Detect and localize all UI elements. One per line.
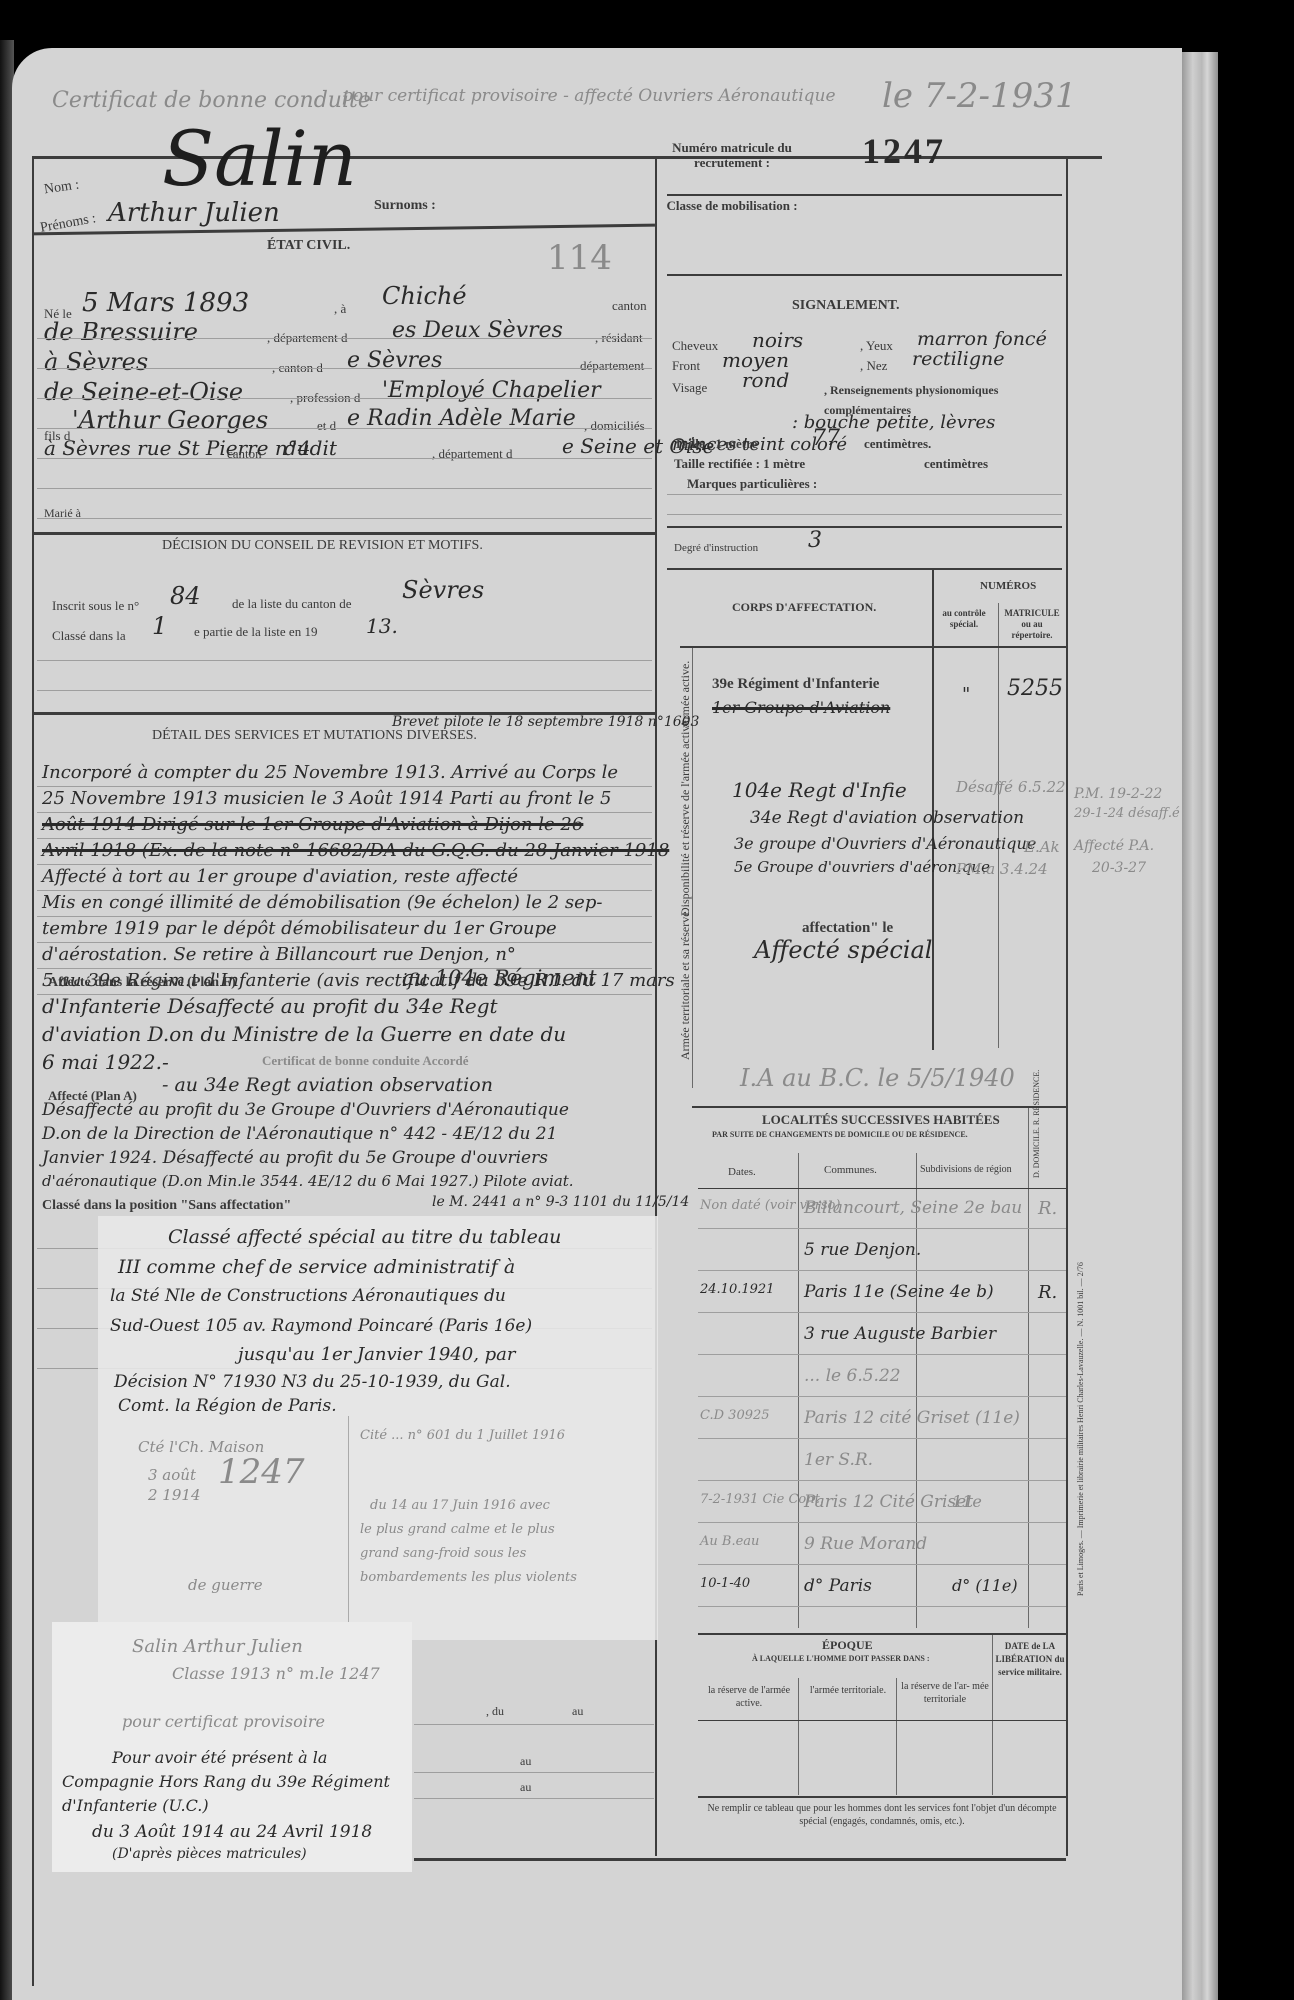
localite-dr: R. [1038,1198,1057,1219]
top-annotation-date: le 7-2-1931 [882,76,1077,116]
col-dates: Dates. [728,1166,756,1178]
service-line: 25 Novembre 1913 musicien le 3 Août 1914… [42,788,611,809]
slip-line-1: Classé affecté spécial au titre du table… [168,1226,561,1248]
disponibilite-controle-4: PM.a 3.4.24 [956,860,1048,878]
matricule-value: 1247 [862,130,946,172]
armee-active-controle: " [962,684,970,705]
profession-value: 'Employé Chapelier [382,378,601,403]
reserve-label: Affecté dans la réserve (Plan F) [48,975,236,991]
faint-line-6: du 14 au 17 Juin 1916 avec [370,1498,550,1513]
right-note-3: 29-1-24 désaff.é [1074,806,1180,821]
service-line: tembre 1919 par le dépôt démobilisateur … [42,918,557,939]
localite-commune: Billancourt, Seine 2e bau [804,1198,1022,1218]
service-line: Mis en congé illimité de démobilisation … [42,892,602,913]
col-controle: au contrôle spécial. [938,608,990,630]
ia-note: I.A au B.C. le 5/5/1940 [740,1064,1015,1092]
frame-left [32,156,34,1986]
yeux-value: marron foncé [917,328,1047,350]
localite-date: Au B.eau [700,1534,759,1549]
plan-a-line-1: - au 34e Regt aviation observation [162,1074,493,1096]
col-communes: Communes. [824,1164,877,1176]
matricule-label: Numéro matricule du recrutement : [662,140,802,170]
faint-line-2: 3 août [148,1466,196,1484]
localite-subdivision: d° (11e) [952,1576,1018,1595]
corps-title: CORPS D'AFFECTATION. [732,600,876,615]
liste-value: Sèvres [402,576,484,604]
armee-active-entry-2: 1er Groupe d'Aviation [712,698,890,717]
pasted-slip: Classé affecté spécial au titre du table… [98,1216,658,1640]
a-label: , à [334,301,346,317]
plan-a-line-5: d'aéronautique (D.on Min.le 3544. 4E/12 … [42,1172,574,1190]
localite-commune: 1er S.R. [804,1450,873,1470]
armee-active-entry-1: 39e Régiment d'Infanterie [712,676,879,693]
card-line-2: Compagnie Hors Rang du 39e Régiment [62,1772,390,1791]
localite-subdivision: 11e [952,1492,982,1511]
card-name: Salin Arthur Julien [132,1636,303,1657]
reserve-line-2: d'Infanterie Désaffecté au profit du 34e… [42,994,498,1018]
card-line-5: (D'après pièces matricules) [112,1846,307,1862]
service-line: Incorporé à compter du 25 Novembre 1913.… [42,762,618,783]
inscrit-value: 84 [170,582,201,610]
front-label: Front [672,358,700,374]
right-note-2: P.M. 19-2-22 [1074,786,1162,802]
liste-label: de la liste du canton de [232,596,352,612]
cheveux-label: Cheveux [672,338,718,354]
yeux-label: , Yeux [860,338,893,354]
localite-commune: ... le 6.5.22 [804,1366,901,1386]
top-annotation-left: Certificat de bonne conduite [52,88,371,113]
localites-title: LOCALITÉS SUCCESSIVES HABITÉES [762,1112,1000,1128]
surname: Salin [162,114,357,203]
classe-value: 1 [152,612,167,640]
canton3-value: dudit [284,436,337,460]
taille-value: 77 [812,426,840,451]
partie-year: 13. [366,614,398,638]
service-line: Août 1914 Dirigé sur le 1er Groupe d'Avi… [42,814,583,835]
card-line-3: d'Infanterie (U.C.) [62,1796,209,1815]
localite-commune: Paris 12 cité Griset (11e) [804,1408,1020,1428]
nom-label: Nom : [43,178,80,199]
du-label: , du [486,1704,504,1719]
service-line: Affecté à tort au 1er groupe d'aviation,… [42,866,518,887]
epoque-subtitle: À LAQUELLE L'HOMME DOIT PASSER DANS : [752,1654,930,1663]
departement-value: es Deux Sèvres [392,318,563,343]
frame-right [1066,156,1068,1856]
pere-value: 'Arthur Georges [72,406,268,434]
col-dr: D. DOMICILE. R. RÉSIDENCE. [1032,1070,1041,1178]
visage-value: rond [742,368,789,392]
disponibilite-controle-3: E.Ak [1024,838,1060,856]
faint-line-5: Cité ... n° 601 du 1 Juillet 1916 [360,1428,565,1443]
localite-commune: 5 rue Denjon. [804,1240,921,1260]
service-line: Avril 1918 (Ex. de la note n° 16682/DA d… [42,840,669,861]
classe-label: Classe de mobilisation : [662,198,802,213]
taille-rectifiee-label: Taille rectifiée : 1 mètre [674,456,805,472]
right-note-5: Affecté P.A. [1074,838,1154,854]
slip-line-2: III comme chef de service administratif … [118,1256,515,1278]
localite-date: 10-1-40 [700,1576,750,1591]
centimetres2-label: centimètres [924,456,988,472]
degre-label: Degré d'instruction [674,542,758,554]
taille-label: Taille : 1 mètre [674,436,757,452]
faint-line-7: le plus grand calme et le plus [360,1522,555,1537]
prenoms-value: Arthur Julien [108,198,280,228]
canton2-value: e Sèvres [347,348,442,373]
departement2-label: département [580,358,644,374]
degre-value: 3 [808,528,822,553]
departement2-value: de Seine-et-Oise [44,378,243,406]
au-label-1: au [572,1704,583,1719]
faint-line-3: 2 1914 [148,1486,201,1504]
canton-label: canton [612,298,647,314]
reserve-line-4: 6 mai 1922.- [42,1050,169,1074]
faint-line-10: de guerre [188,1576,263,1594]
faint-line-4: 1247 [218,1452,305,1492]
localite-commune: 3 rue Auguste Barbier [804,1324,996,1344]
partie-label: e partie de la liste en 19 [194,624,317,640]
armee-active-matricule: 5255 [1007,676,1063,701]
mere-label: et d [317,418,336,434]
reserve-line-1: au 104e Régiment [402,966,597,990]
sans-affectation-value: le M. 2441 a n° 9-3 1101 du 11/5/14 [432,1194,689,1210]
localite-commune: Paris 11e (Seine 4e b) [804,1282,994,1302]
revision-title: DÉCISION DU CONSEIL DE REVISION ET MOTIF… [162,538,483,554]
au-label-2: au [520,1754,531,1769]
localite-date: C.D 30925 [700,1408,770,1423]
disponibilite-label: Disponibilité et réserve de l'armée acti… [678,717,693,916]
numeros-title: NUMÉROS [980,580,1036,592]
military-register-page: Certificat de bonne conduite pour certif… [12,48,1182,2000]
disponibilite-controle-1: Désaffé 6.5.22 [956,778,1066,796]
etat-civil-divider [32,532,655,535]
localite-commune: Paris 12 Cité Griset [804,1492,973,1512]
territoriale-value: Affecté spécial [754,936,932,964]
canton-value: de Bressuire [44,318,198,346]
provisional-certificate-card: Salin Arthur Julien Classe 1913 n° m.le … [52,1622,412,1872]
localite-dr: R. [1038,1282,1057,1303]
signalement-divider [667,526,1062,528]
services-title-annotation: Brevet pilote le 18 septembre 1918 n°160… [392,714,699,730]
page-edge [1182,52,1218,2000]
plan-a-line-3: D.on de la Direction de l'Aéronautique n… [42,1124,557,1144]
canton3-label: canton [227,446,262,462]
localite-commune: 9 Rue Morand [804,1534,927,1554]
departement3-label: , département d [432,446,513,462]
surnoms-label: Surnoms : [374,198,436,214]
signalement-title: SIGNALEMENT. [792,298,899,314]
nez-value: rectiligne [912,348,1004,370]
certificat-stamp: Certificat de bonne conduite Accordé [262,1053,469,1069]
territoriale-label: Armée territoriale et sa réserve. [678,908,693,1060]
faint-line-8: grand sang-froid sous les [360,1546,526,1561]
ne-le-value: 5 Mars 1893 [82,288,249,318]
classe-dans-label: Classé dans la [52,628,126,644]
localite-commune: d° Paris [804,1576,872,1596]
printer-imprint: Paris et Limoges. — Imprimerie et librai… [1076,1262,1085,1596]
disponibilite-entry-4: 5e Groupe d'ouvriers d'aéron.que [734,858,990,876]
col-matricule: MATRICULE ou au répertoire. [1002,608,1062,641]
right-note-6: 20-3-27 [1092,860,1146,876]
slip-line-5: jusqu'au 1er Janvier 1940, par [238,1344,516,1365]
slip-line-6: Décision N° 71930 N3 du 25-10-1939, du G… [114,1372,511,1392]
epoque-col3: la réserve de l'ar- mée territoriale [900,1680,990,1706]
au-label-3: au [520,1780,531,1795]
top-annotation-middle: pour certificat provisoire - affecté Ouv… [342,86,836,106]
disponibilite-entry-2: 34e Regt d'aviation observation [750,808,1024,828]
localite-date: 24.10.1921 [700,1282,774,1297]
card-classe: Classe 1913 n° m.le 1247 [172,1664,380,1683]
matricule-divider [667,194,1062,196]
reserve-line-3: d'aviation D.on du Ministre de la Guerre… [42,1022,566,1046]
card-title: pour certificat provisoire [122,1712,325,1731]
visage-label: Visage [672,380,707,396]
card-line-1: Pour avoir été présent à la [112,1748,327,1767]
domicilies-label: , domiciliés [584,418,645,434]
sans-affectation-label: Classé dans la position "Sans affectatio… [42,1198,291,1214]
disponibilite-entry-3: 3e groupe d'Ouvriers d'Aéronautique [734,834,1036,853]
a-value: Chiché [382,282,467,310]
residant-value: à Sèvres [44,348,148,376]
slip-line-3: la Sté Nle de Constructions Aéronautique… [110,1286,506,1306]
marques-label: Marques particulières : [687,476,817,492]
slip-line-7: Comt. la Région de Paris. [118,1396,337,1416]
services-title: DÉTAIL DES SERVICES ET MUTATIONS DIVERSE… [152,728,477,744]
plan-a-line-2: Désaffecté au profit du 3e Groupe d'Ouvr… [42,1100,569,1120]
domicile-value: à Sèvres rue St Pierre n°4 [44,436,310,460]
degre-divider [667,568,1062,570]
service-line: d'aérostation. Se retire à Billancourt r… [42,944,516,965]
epoque-title: ÉPOQUE [822,1638,873,1653]
epoque-col1: la réserve de l'armée active. [702,1684,796,1710]
localites-subtitle: PAR SUITE DE CHANGEMENTS DE DOMICILE OU … [712,1130,968,1139]
card-line-4: du 3 Août 1914 au 24 Avril 1918 [92,1822,372,1842]
etat-civil-title: ÉTAT CIVIL. [267,238,350,254]
nez-label: , Nez [860,358,887,374]
centimetres-label: centimètres. [864,436,931,452]
epoque-note: Ne remplir ce tableau que pour les homme… [702,1802,1062,1828]
col-subdivisions: Subdivisions de région [920,1164,1012,1175]
disponibilite-entry-1: 104e Regt d'Infie [732,778,907,802]
date-liberation-title: DATE de LA LIBÉRATION du service militai… [994,1640,1066,1679]
margin-mark: 114 [547,238,612,278]
slip-line-4: Sud-Ouest 105 av. Raymond Poincaré (Pari… [110,1316,532,1336]
faint-line-9: bombardements les plus violents [360,1570,577,1585]
territoriale-stamp: affectation" le [802,920,893,937]
classe-divider [667,274,1062,276]
inscrit-label: Inscrit sous le n° [52,598,139,614]
epoque-col2: l'armée territoriale. [802,1684,894,1697]
plan-a-line-4: Janvier 1924. Désaffecté au profit du 5e… [42,1148,548,1168]
